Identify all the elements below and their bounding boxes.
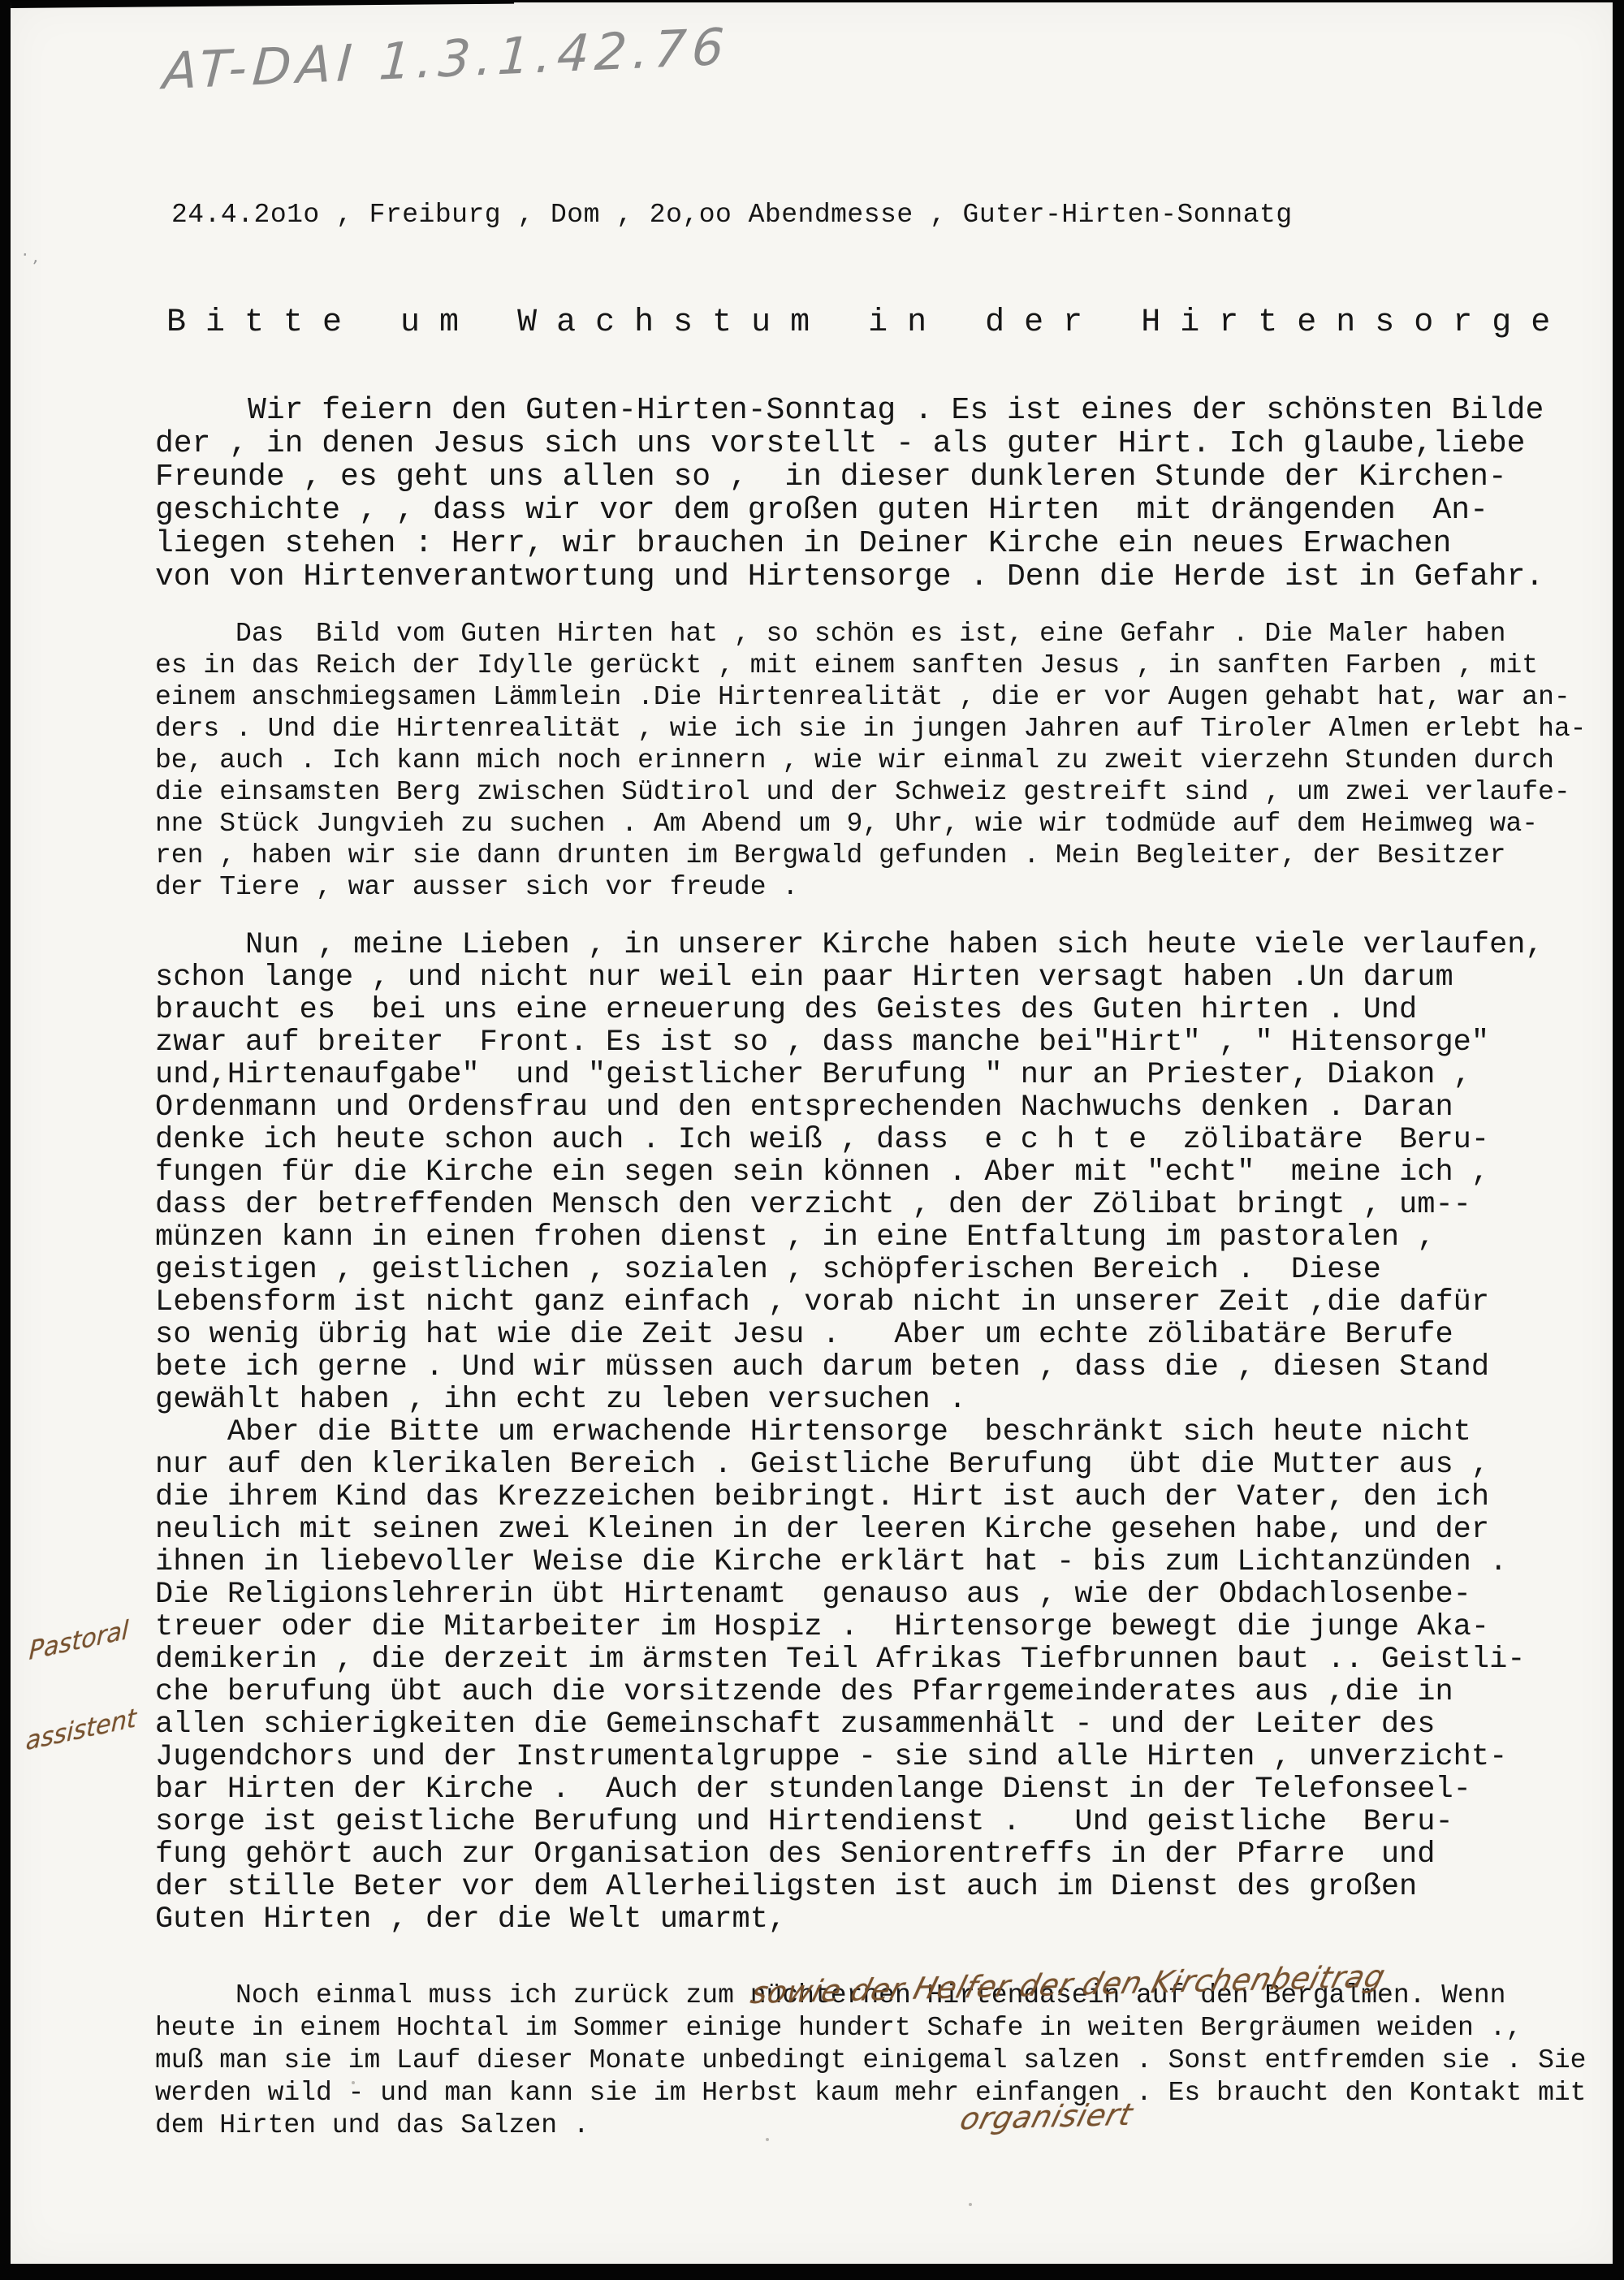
dateline: 24.4.2o1o , Freiburg , Dom , 2o,oo Abend… [171,200,1293,230]
inline-note-line: organisiert [956,2083,1535,2142]
paragraph-2: Das Bild vom Guten Hirten hat , so schön… [155,618,1617,903]
margin-note-line: Pastoral [28,1613,140,1666]
scan-edge-artifact [11,0,514,8]
scanned-page: AT-DAI 1.3.1.42.76 24.4.2o1o , Freiburg … [0,0,1624,2280]
archive-reference-handwritten: AT-DAI 1.3.1.42.76 [162,17,732,101]
margin-note-line: assistent [25,1703,136,1756]
inline-note-line: sowie der Helfer der den Kirchenbeitrag [746,1950,1570,2016]
margin-note-handwritten: Pastoral assistent [24,1552,142,1817]
stray-pencil-mark: · , [20,245,40,268]
paper: AT-DAI 1.3.1.42.76 24.4.2o1o , Freiburg … [11,2,1613,2264]
paragraph-3: Nun , meine Lieben , in unserer Kirche h… [155,929,1617,1416]
paragraph-4: Aber die Bitte um erwachende Hirtensorge… [155,1416,1617,1936]
paragraph-1: Wir feiern den Guten-Hirten-Sonntag . Es… [155,394,1617,594]
document-title: B i t t e u m W a c h s t u m i n d e r … [166,304,1550,341]
scan-speck [352,2081,355,2084]
scan-speck [969,2203,972,2206]
scan-speck [766,2138,769,2141]
inline-note-handwritten: sowie der Helfer der den Kirchenbeitrag … [689,1862,1592,2236]
